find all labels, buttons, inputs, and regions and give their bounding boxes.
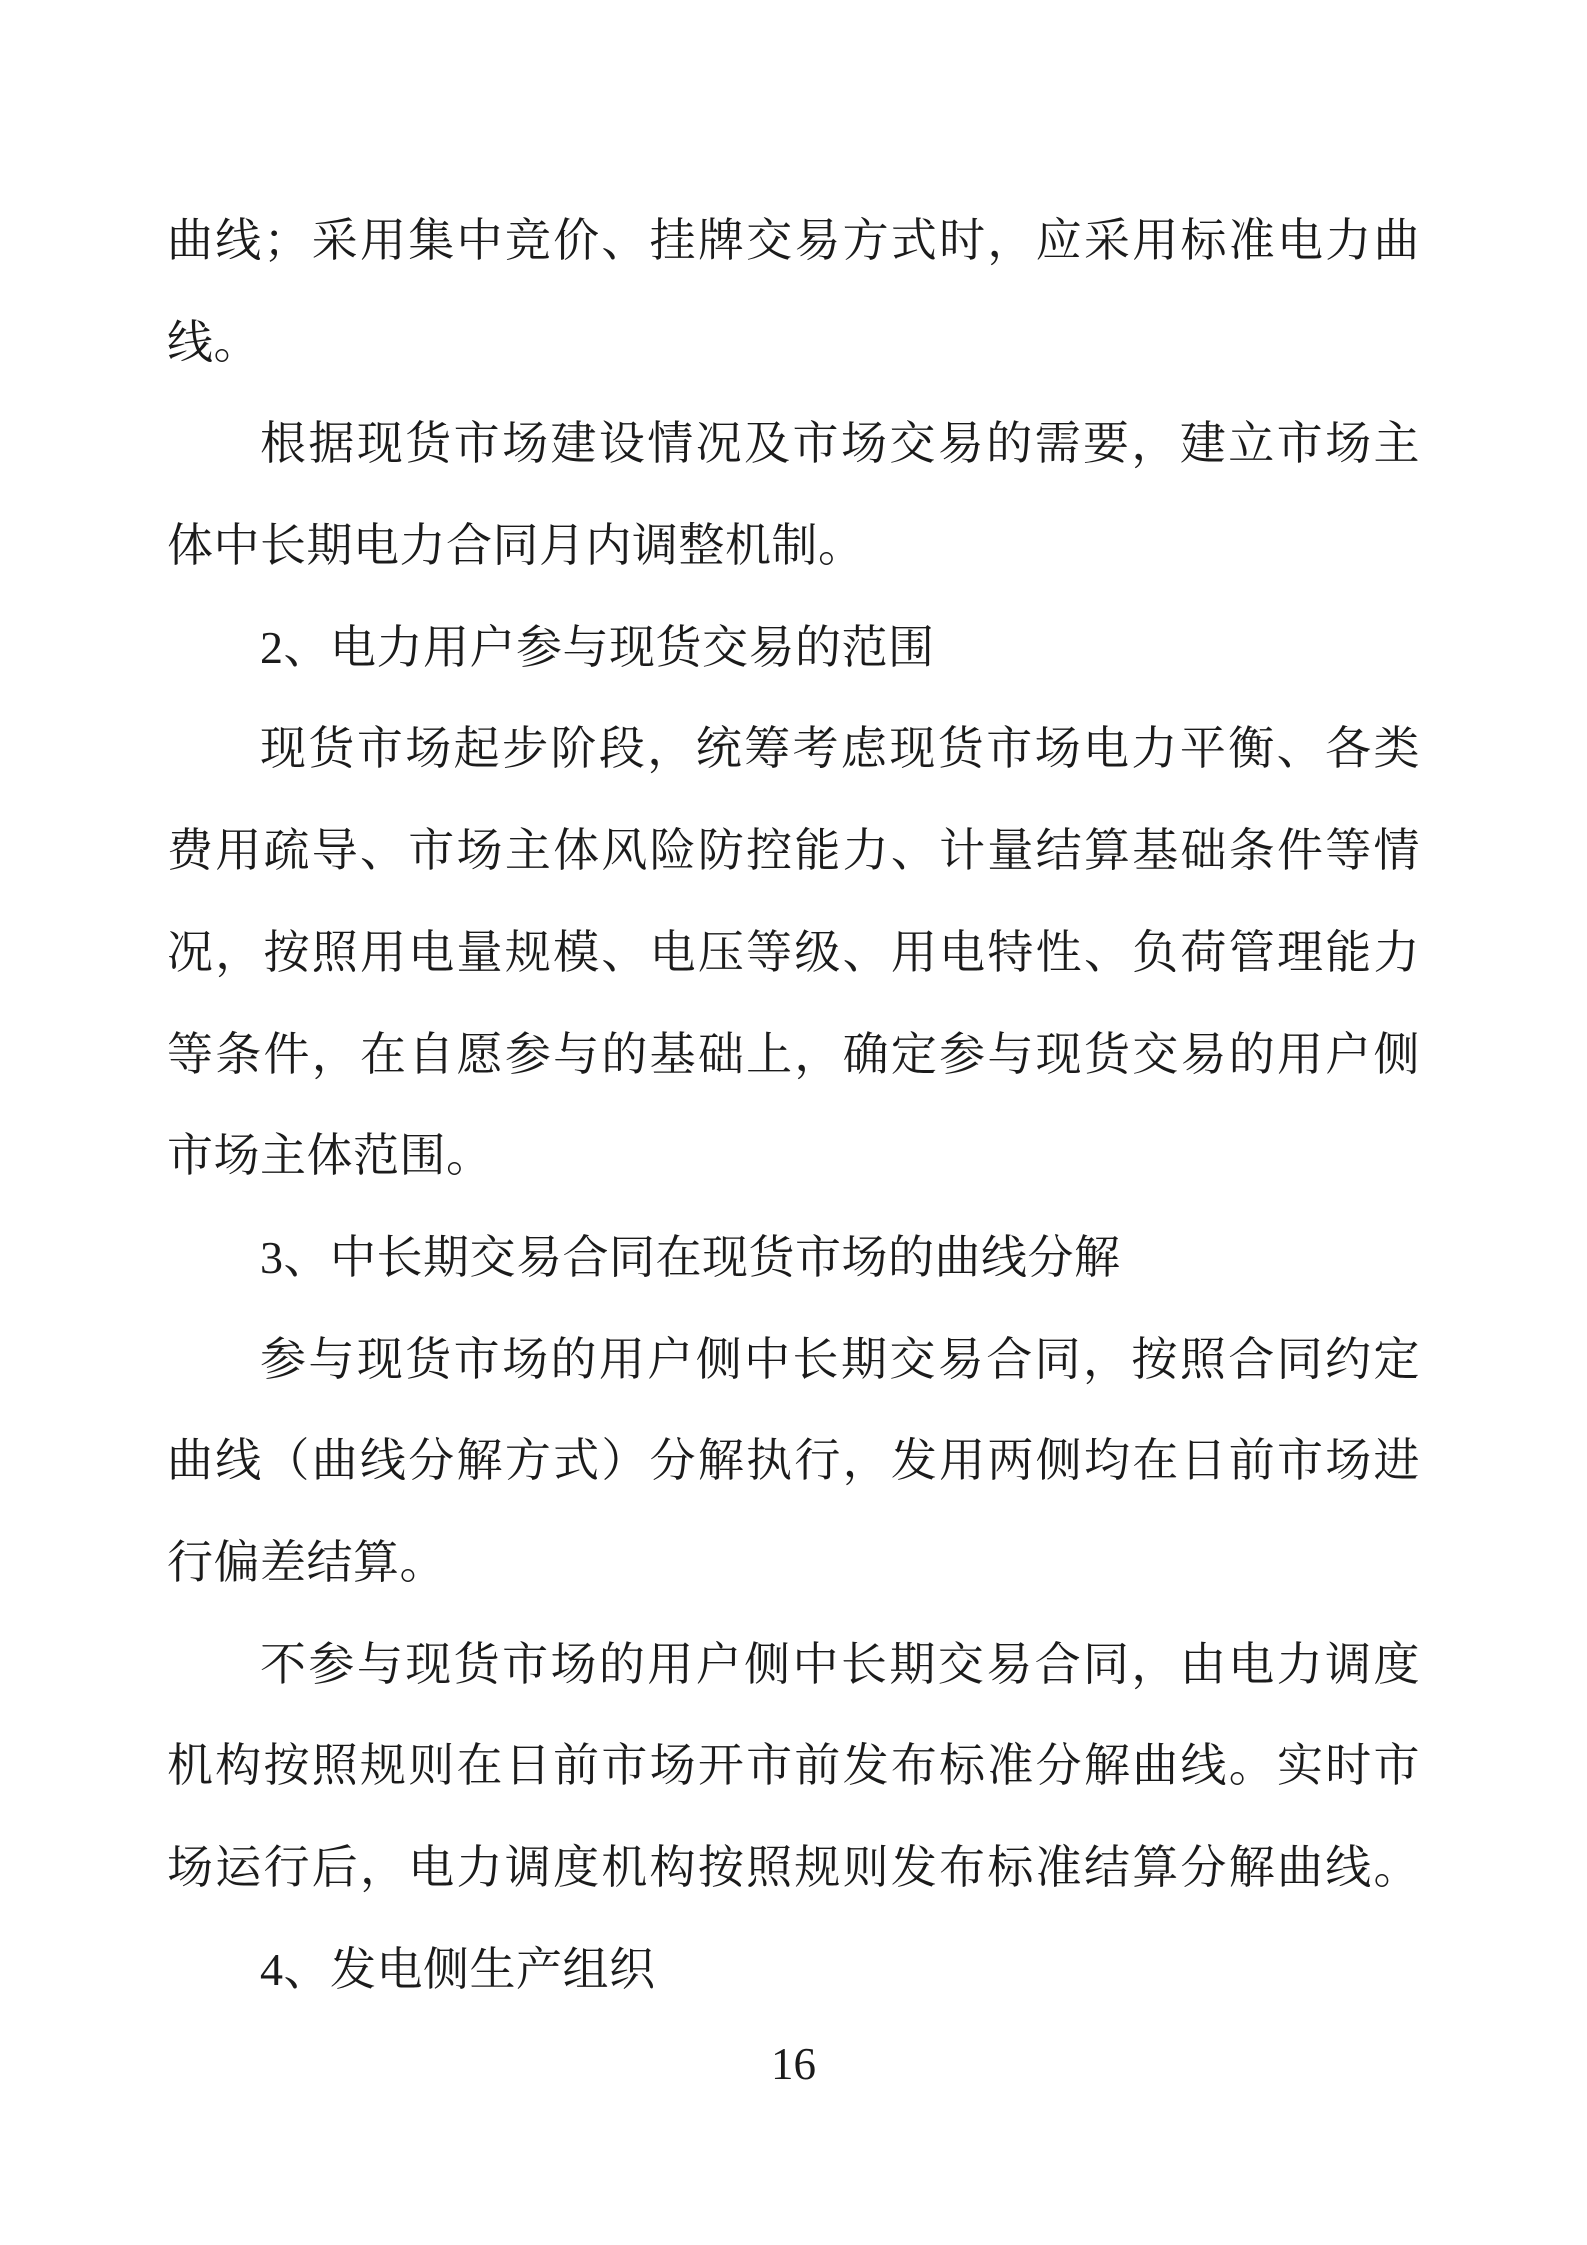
text-line: 线。 [167,292,1420,394]
text-line: 体中长期电力合同月内调整机制。 [167,495,1420,597]
text-line: 不参与现货市场的用户侧中长期交易合同，由电力调度 [167,1614,1420,1716]
text-line: 3、中长期交易合同在现货市场的曲线分解 [167,1207,1420,1309]
text-line: 费用疏导、市场主体风险防控能力、计量结算基础条件等情 [167,800,1420,902]
text-line: 场运行后，电力调度机构按照规则发布标准结算分解曲线。 [167,1817,1420,1919]
text-line: 参与现货市场的用户侧中长期交易合同，按照合同约定 [167,1309,1420,1411]
page-number: 16 [0,2038,1587,2090]
document-page: 曲线；采用集中竞价、挂牌交易方式时，应采用标准电力曲线。根据现货市场建设情况及市… [0,0,1587,2245]
text-line: 根据现货市场建设情况及市场交易的需要，建立市场主 [167,393,1420,495]
text-line: 2、电力用户参与现货交易的范围 [167,597,1420,699]
text-line: 4、发电侧生产组织 [167,1919,1420,2021]
document-body: 曲线；采用集中竞价、挂牌交易方式时，应采用标准电力曲线。根据现货市场建设情况及市… [167,190,1420,2020]
text-line: 等条件，在自愿参与的基础上，确定参与现货交易的用户侧 [167,1004,1420,1106]
text-line: 机构按照规则在日前市场开市前发布标准分解曲线。实时市 [167,1715,1420,1817]
text-line: 曲线；采用集中竞价、挂牌交易方式时，应采用标准电力曲 [167,190,1420,292]
text-line: 曲线（曲线分解方式）分解执行，发用两侧均在日前市场进 [167,1410,1420,1512]
text-line: 况，按照用电量规模、电压等级、用电特性、负荷管理能力 [167,902,1420,1004]
text-line: 现货市场起步阶段，统筹考虑现货市场电力平衡、各类 [167,698,1420,800]
text-line: 市场主体范围。 [167,1105,1420,1207]
text-line: 行偏差结算。 [167,1512,1420,1614]
